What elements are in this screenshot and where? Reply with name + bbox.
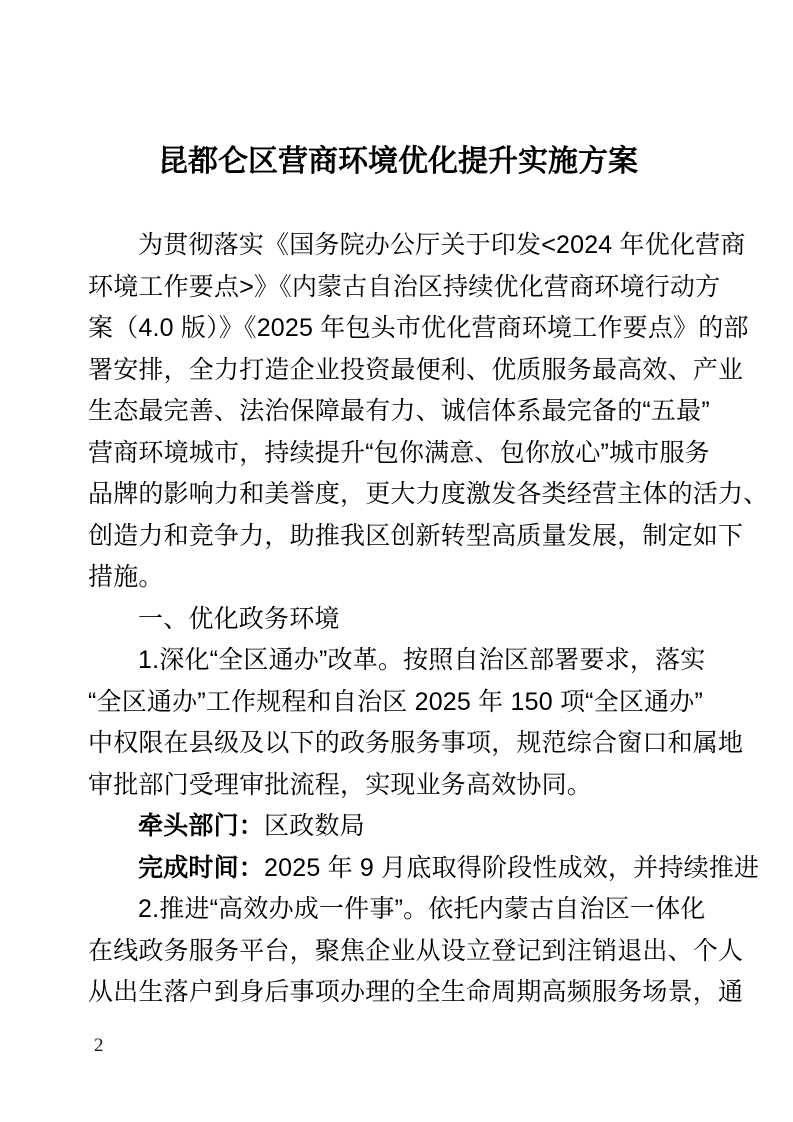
document-title: 昆都仑区营商环境优化提升实施方案 — [88, 143, 708, 180]
paragraph-line: 署安排，全力打造企业投资最便利、优质服务最高效、产业 — [88, 350, 708, 392]
lead-department-label: 牵头部门： — [138, 812, 264, 840]
paragraph-line: 从出生落户到身后事项办理的全生命周期高频服务场景，通 — [88, 972, 708, 1014]
document-page: 昆都仑区营商环境优化提升实施方案 为贯彻落实《国务院办公厅关于印发<2024 年… — [0, 0, 793, 1122]
paragraph-line: 2.推进“高效办成一件事”。依托内蒙古自治区一体化 — [88, 889, 708, 931]
completion-time-line: 完成时间：2025 年 9 月底取得阶段性成效，并持续推进 — [88, 848, 708, 890]
paragraph-line: 创造力和竞争力，助推我区创新转型高质量发展，制定如下 — [88, 516, 708, 558]
paragraph-line: 品牌的影响力和美誉度，更大力度激发各类经营主体的活力、 — [88, 474, 708, 516]
paragraph-line: 环境工作要点>》《内蒙古自治区持续优化营商环境行动方 — [88, 267, 708, 309]
paragraph-line: 案（4.0 版）》《2025 年包头市优化营商环境工作要点》的部 — [88, 308, 708, 350]
measure-1-paragraph: 1.深化“全区通办”改革。按照自治区部署要求，落实 “全区通办”工作规程和自治区… — [88, 640, 708, 806]
completion-time-value: 2025 年 9 月底取得阶段性成效，并持续推进 — [264, 854, 759, 882]
paragraph-line: 措施。 — [88, 557, 708, 599]
document-content: 昆都仑区营商环境优化提升实施方案 为贯彻落实《国务院办公厅关于印发<2024 年… — [88, 143, 708, 1014]
paragraph-line: 在线政务服务平台，聚焦企业从设立登记到注销退出、个人 — [88, 931, 708, 973]
paragraph-line: “全区通办”工作规程和自治区 2025 年 150 项“全区通办” — [88, 682, 708, 724]
paragraph-line: 中权限在县级及以下的政务服务事项，规范综合窗口和属地 — [88, 723, 708, 765]
paragraph-line: 1.深化“全区通办”改革。按照自治区部署要求，落实 — [88, 640, 708, 682]
completion-time-label: 完成时间： — [138, 854, 264, 882]
page-number: 2 — [94, 1034, 104, 1058]
intro-paragraph: 为贯彻落实《国务院办公厅关于印发<2024 年优化营商 环境工作要点>》《内蒙古… — [88, 225, 708, 599]
paragraph-line: 营商环境城市，持续提升“包你满意、包你放心”城市服务 — [88, 433, 708, 475]
section-1-heading: 一、优化政务环境 — [88, 599, 708, 641]
lead-department-line: 牵头部门：区政数局 — [88, 806, 708, 848]
lead-department-value: 区政数局 — [264, 812, 365, 840]
paragraph-line: 为贯彻落实《国务院办公厅关于印发<2024 年优化营商 — [88, 225, 708, 267]
paragraph-line: 审批部门受理审批流程，实现业务高效协同。 — [88, 765, 708, 807]
paragraph-line: 生态最完善、法治保障最有力、诚信体系最完备的“五最” — [88, 391, 708, 433]
measure-2-paragraph: 2.推进“高效办成一件事”。依托内蒙古自治区一体化 在线政务服务平台，聚焦企业从… — [88, 889, 708, 1014]
